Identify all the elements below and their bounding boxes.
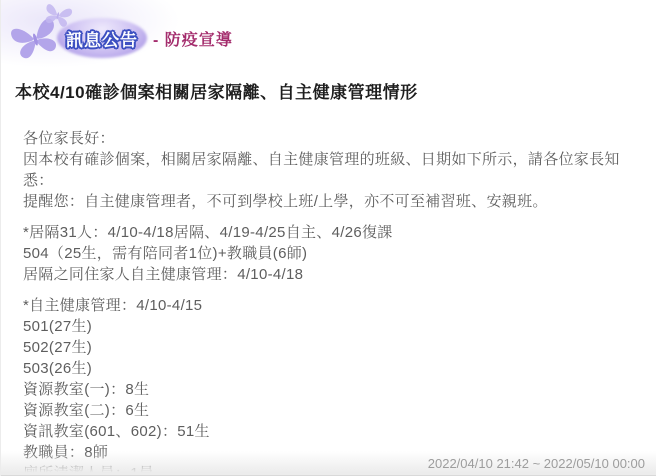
- paragraph: 各位家長好：因本校有確診個案，相關居家隔離、自主健康管理的班級、日期如下所示，請…: [23, 128, 634, 212]
- paragraph: *自主健康管理：4/10-4/15501(27生)502(27生)503(26生…: [23, 295, 634, 476]
- article-body: 各位家長好：因本校有確診個案，相關居家隔離、自主健康管理的班級、日期如下所示，請…: [23, 128, 634, 476]
- body-line: 503(26生): [23, 358, 634, 379]
- body-line: 資源教室(二)：6生: [23, 400, 634, 421]
- body-line: *自主健康管理：4/10-4/15: [23, 295, 634, 316]
- body-line: *居隔31人：4/10-4/18居隔、4/19-4/25自主、4/26復課: [23, 222, 634, 243]
- badge-label: 訊息公告: [57, 18, 147, 58]
- footer-date-range: 2022/04/10 21:42 ~ 2022/05/10 00:00: [428, 456, 645, 471]
- body-line: 502(27生): [23, 337, 634, 358]
- page-title: 本校4/10確診個案相關居家隔離、自主健康管理情形: [15, 78, 642, 103]
- footer-bar: 2022/04/10 21:42 ~ 2022/05/10 00:00: [1, 451, 656, 476]
- paragraph: *居隔31人：4/10-4/18居隔、4/19-4/25自主、4/26復課504…: [23, 222, 634, 285]
- body-line: 資訊教室(601、602)：51生: [23, 421, 634, 442]
- announcement-header: 訊息公告 - 防疫宣導: [1, 0, 656, 64]
- body-line: 各位家長好：: [23, 128, 634, 149]
- category-label: - 防疫宣導: [153, 27, 233, 50]
- page: { "header": { "badge_label": "訊息公告", "ca…: [0, 0, 656, 476]
- body-line: 因本校有確診個案，相關居家隔離、自主健康管理的班級、日期如下所示，請各位家長知悉…: [23, 149, 634, 191]
- board-badge: 訊息公告: [57, 18, 147, 58]
- body-line: 501(27生): [23, 316, 634, 337]
- body-line: 資源教室(一)：8生: [23, 379, 634, 400]
- body-line: 居隔之同住家人自主健康管理：4/10-4/18: [23, 264, 634, 285]
- body-line: 提醒您：自主健康管理者，不可到學校上班/上學，亦不可至補習班、安親班。: [23, 191, 634, 212]
- body-line: 504（25生，需有陪同者1位)+教職員(6師): [23, 243, 634, 264]
